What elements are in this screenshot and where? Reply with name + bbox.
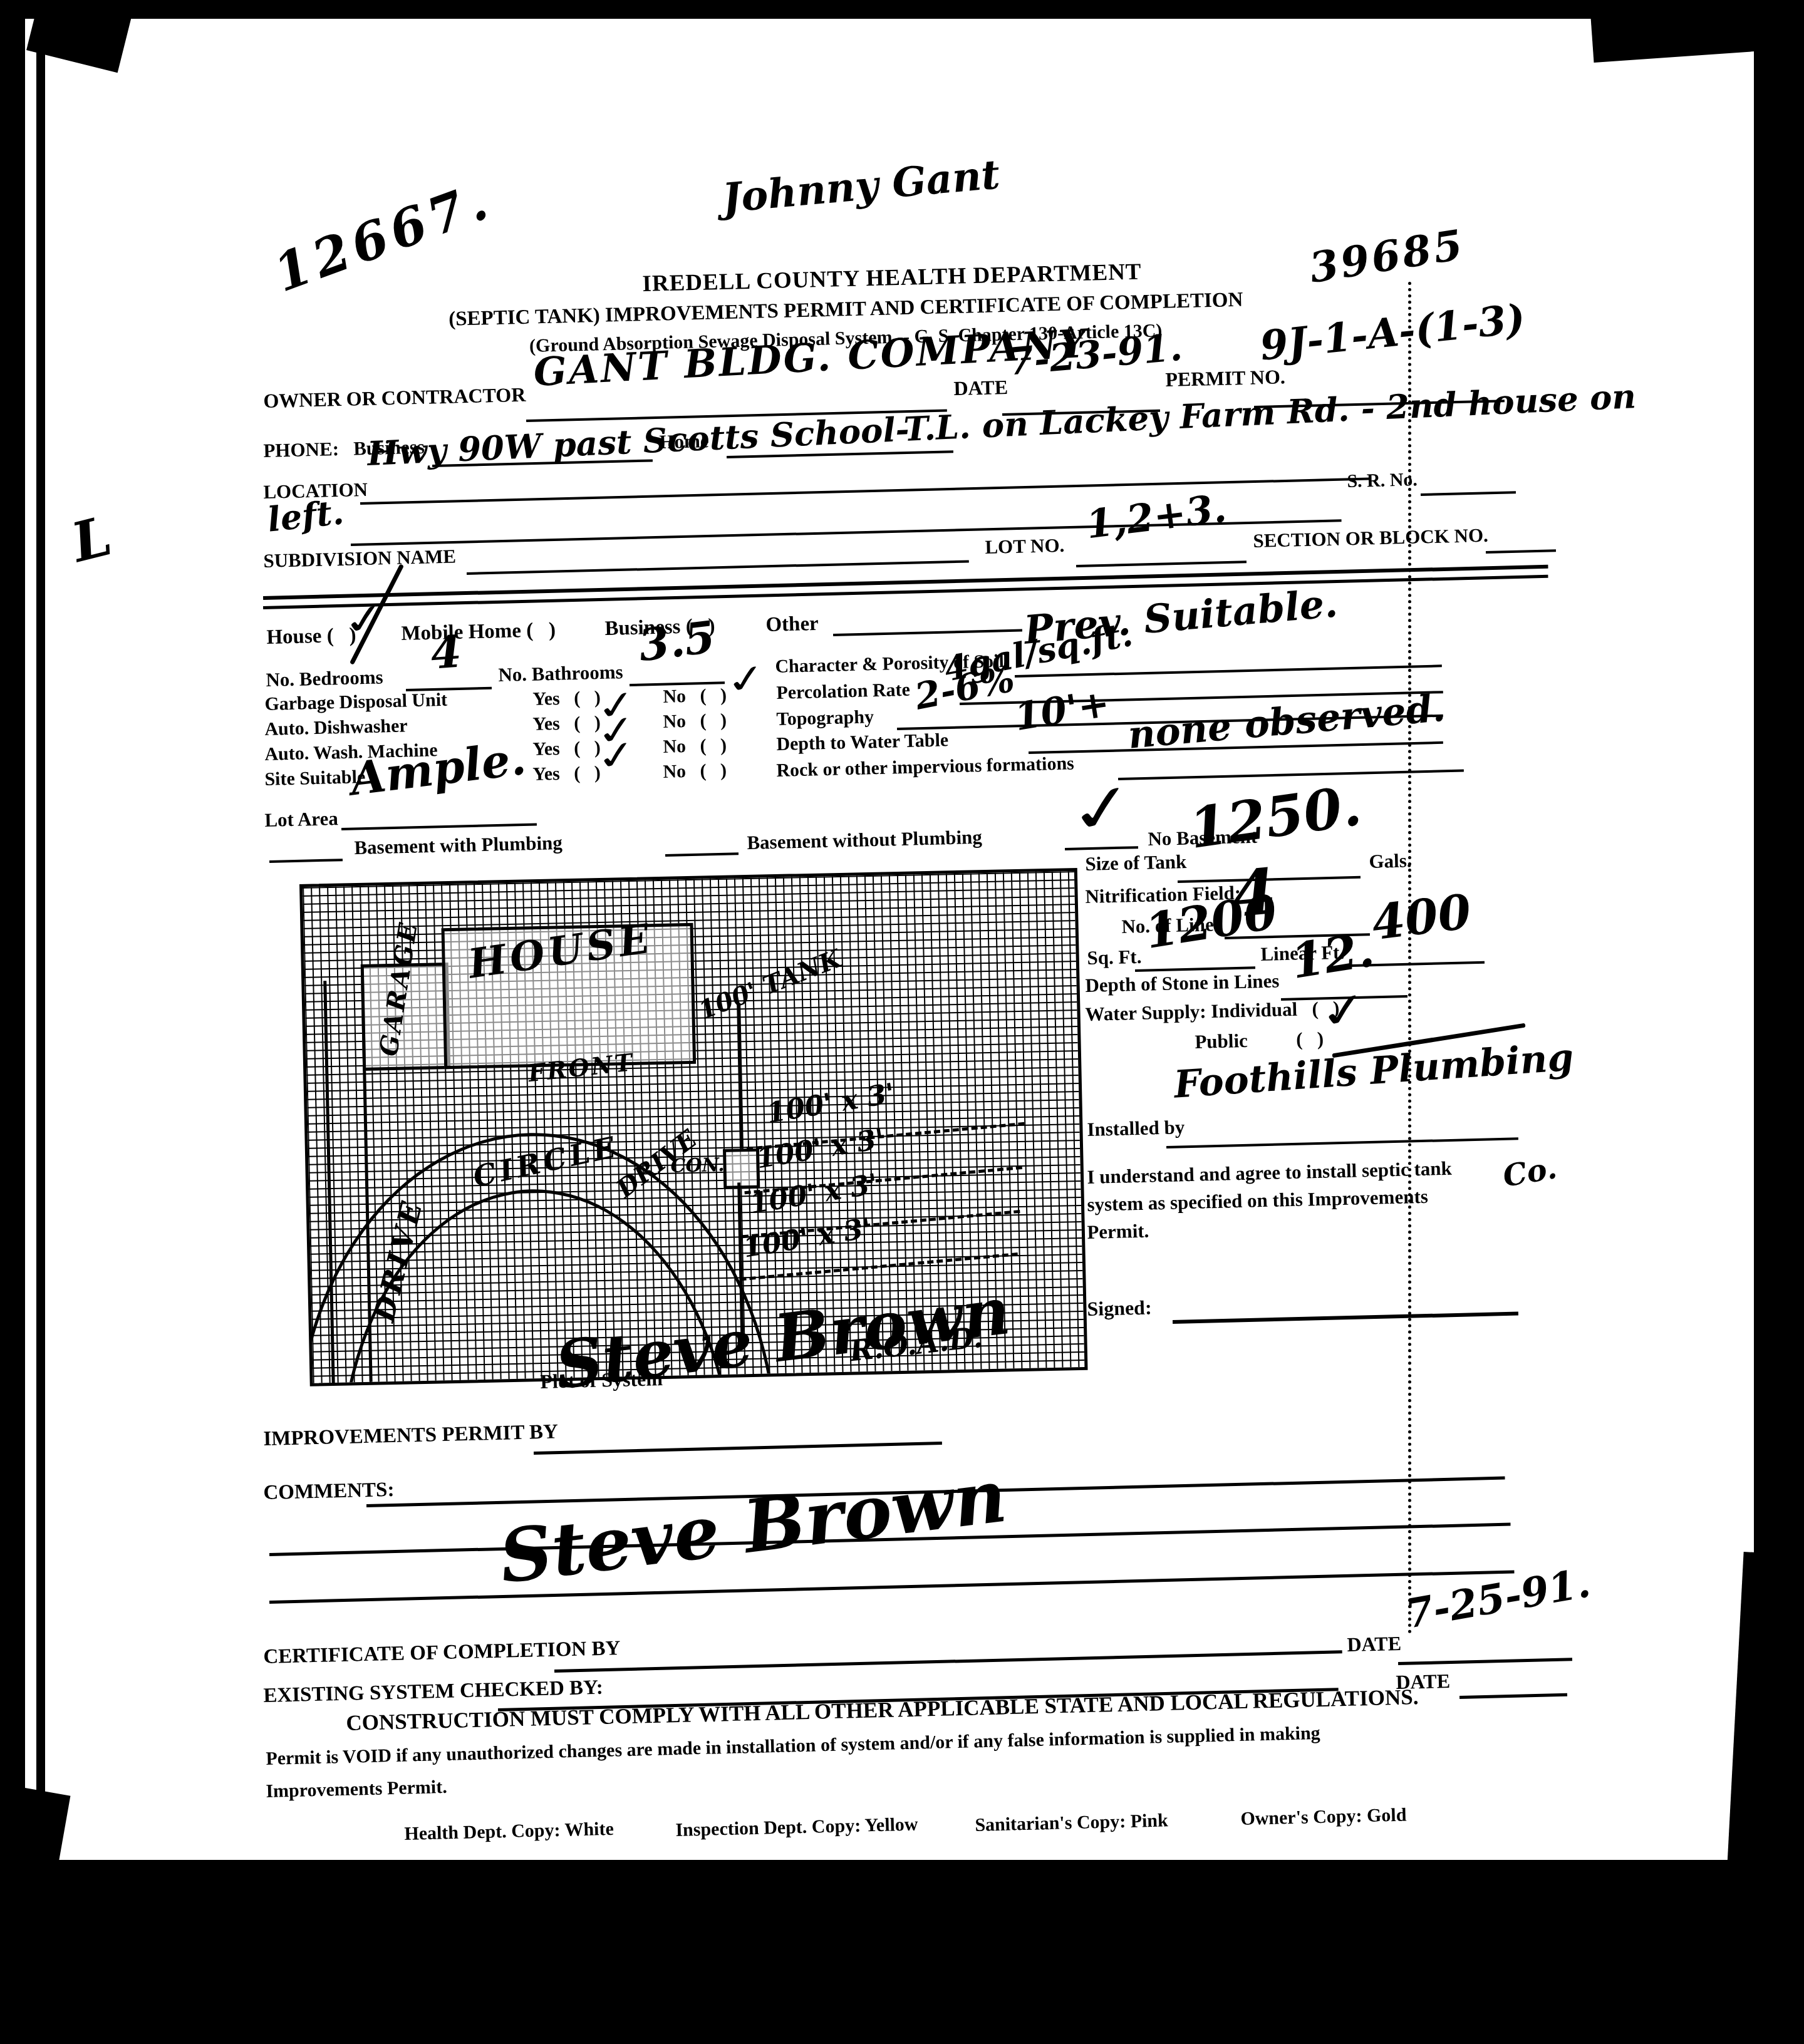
soil-line [1015,664,1442,678]
signed-line [1173,1312,1518,1324]
water-supply-public: Public ( ) [1195,1028,1324,1053]
perc-label: Percolation Rate [776,679,910,704]
tank-size-unit: Gals. [1369,849,1412,873]
basement-without-label: Basement without Plumbing [747,826,982,854]
existing-date-line [1459,1693,1567,1699]
sr-line [1421,491,1516,496]
installed-by-line [1166,1137,1518,1148]
signed-label: Signed: [1087,1296,1152,1321]
comments-label: COMMENTS: [263,1479,395,1505]
site-no: No ( ) [663,760,727,783]
linear-value: 400 [1369,884,1474,951]
water-table-label: Depth to Water Table [776,730,949,755]
subdivision-label: SUBDIVISION NAME [263,545,456,572]
washer-yes: Yes ( ) [532,737,601,760]
comments-blank-line-2 [269,1570,1515,1604]
site-yes: Yes ( ) [532,762,601,785]
agreement-line2: system as specified on this Improvements [1087,1185,1428,1216]
lateral-label-2: 100' x 3' [754,1123,887,1175]
existing-label: EXISTING SYSTEM CHECKED BY: [263,1676,603,1708]
lot-label: LOT NO. [985,534,1065,559]
lot-area-line [341,823,537,830]
permit-by-label: IMPROVEMENTS PERMIT BY [263,1421,558,1451]
copy-inspection: Inspection Dept. Copy: Yellow [675,1814,918,1841]
basement-with-line [269,859,343,863]
copy-sanitarian: Sanitarian's Copy: Pink [975,1810,1168,1836]
stone-label: Depth of Stone in Lines [1085,969,1280,997]
garbage-label: Garbage Disposal Unit [264,689,447,715]
scan-blob-bottom-left [8,1788,71,1889]
doc-number-right: 39685 [1306,220,1468,292]
dishwasher-yes: Yes ( ) [532,712,601,735]
certificate-line [554,1650,1342,1673]
stone-value: 12. [1287,921,1378,989]
usage-mobile: Mobile Home ( ) [401,619,556,646]
lateral-label-3: 100' x 3' [747,1168,880,1220]
installed-by-value2: Co. [1500,1150,1560,1194]
garbage-no-check: ✓ [722,654,770,704]
copy-owner: Owner's Copy: Gold [1240,1805,1407,1830]
house-check: ✓ [338,592,391,646]
certificate-date-label: DATE [1347,1632,1401,1656]
date-label: DATE [953,376,1008,400]
permit-by-line [534,1442,942,1455]
garbage-yes: Yes ( ) [532,687,601,710]
water-table-value: 10'+ [1012,681,1112,740]
permit-value: 9J-1-A-(1-3) [1258,296,1527,370]
subdivision-line [467,560,969,575]
bedrooms-label: No. Bedrooms [266,666,383,691]
sqft-label: Sq. Ft. [1087,946,1142,969]
document-page: Johnny Gant 12667. 39685 L IREDELL COUNT… [25,19,1754,1860]
form-title: IREDELL COUNTY HEALTH DEPARTMENT [642,259,1138,297]
washer-no: No ( ) [663,735,727,758]
owner-label: OWNER OR CONTRACTOR [263,383,526,413]
certificate-date-line [1398,1658,1572,1665]
bathrooms-value: 3.5 [636,611,718,671]
basement-none-check: ✓ [1062,767,1143,850]
tank-label: 100' TANK [695,944,845,1025]
installed-by-label: Installed by [1087,1116,1185,1141]
usage-house: House ( ) [266,624,356,649]
public-check: ✓ [1314,981,1374,1041]
distribution-box [723,1148,760,1189]
sr-label: S. R. No. [1347,469,1418,492]
top-signature: Johnny Gant [720,151,1002,222]
doc-number-left: 12667. [266,170,500,304]
margin-mark: L [66,504,118,575]
topo-label: Topography [776,706,874,730]
tank-size-value: 1250. [1185,773,1365,861]
rock-line [1118,770,1464,780]
location-value2: left. [266,492,346,539]
basement-without-line [665,852,739,857]
bathrooms-label: No. Bathrooms [498,661,623,686]
bedrooms-value: 4 [429,626,463,679]
basement-with-label: Basement with Plumbing [354,832,562,859]
site-yes-check: ✓ [592,730,641,780]
dishwasher-label: Auto. Dishwasher [264,715,408,740]
tank-size-label: Size of Tank [1085,850,1187,875]
usage-other: Other [765,612,819,637]
dishwasher-no: No ( ) [663,710,727,733]
usage-other-line [833,629,1022,636]
section-label: SECTION OR BLOCK NO. [1253,524,1488,552]
water-supply-individual: Water Supply: Individual ( ) [1085,997,1340,1026]
lateral-label-4: 100' x 3' [741,1212,874,1264]
certificate-label: CERTIFICATE OF COMPLETION BY [263,1637,621,1669]
lot-area-label: Lot Area [264,807,338,832]
rock-label: Rock or other impervious formations [776,753,1074,782]
garbage-no: No ( ) [663,685,727,708]
agreement-line3: Permit. [1087,1220,1149,1244]
lot-line [1076,560,1247,567]
lateral-label-1: 100' x 3' [764,1078,897,1130]
tank-drop-line [737,1003,744,1150]
scan-blob-top-right [1589,0,1804,63]
left-edge-scan-strip [36,38,45,1841]
void-note-line2: Improvements Permit. [266,1777,447,1802]
lot-value: 1,2+3. [1084,485,1229,548]
certificate-signature: Steve Brown [495,1453,1011,1600]
section-line [1486,549,1556,554]
fold-crease-line [1408,282,1411,1634]
copy-health: Health Dept. Copy: White [404,1819,614,1845]
agreement-line1: I understand and agree to install septic… [1087,1157,1452,1189]
